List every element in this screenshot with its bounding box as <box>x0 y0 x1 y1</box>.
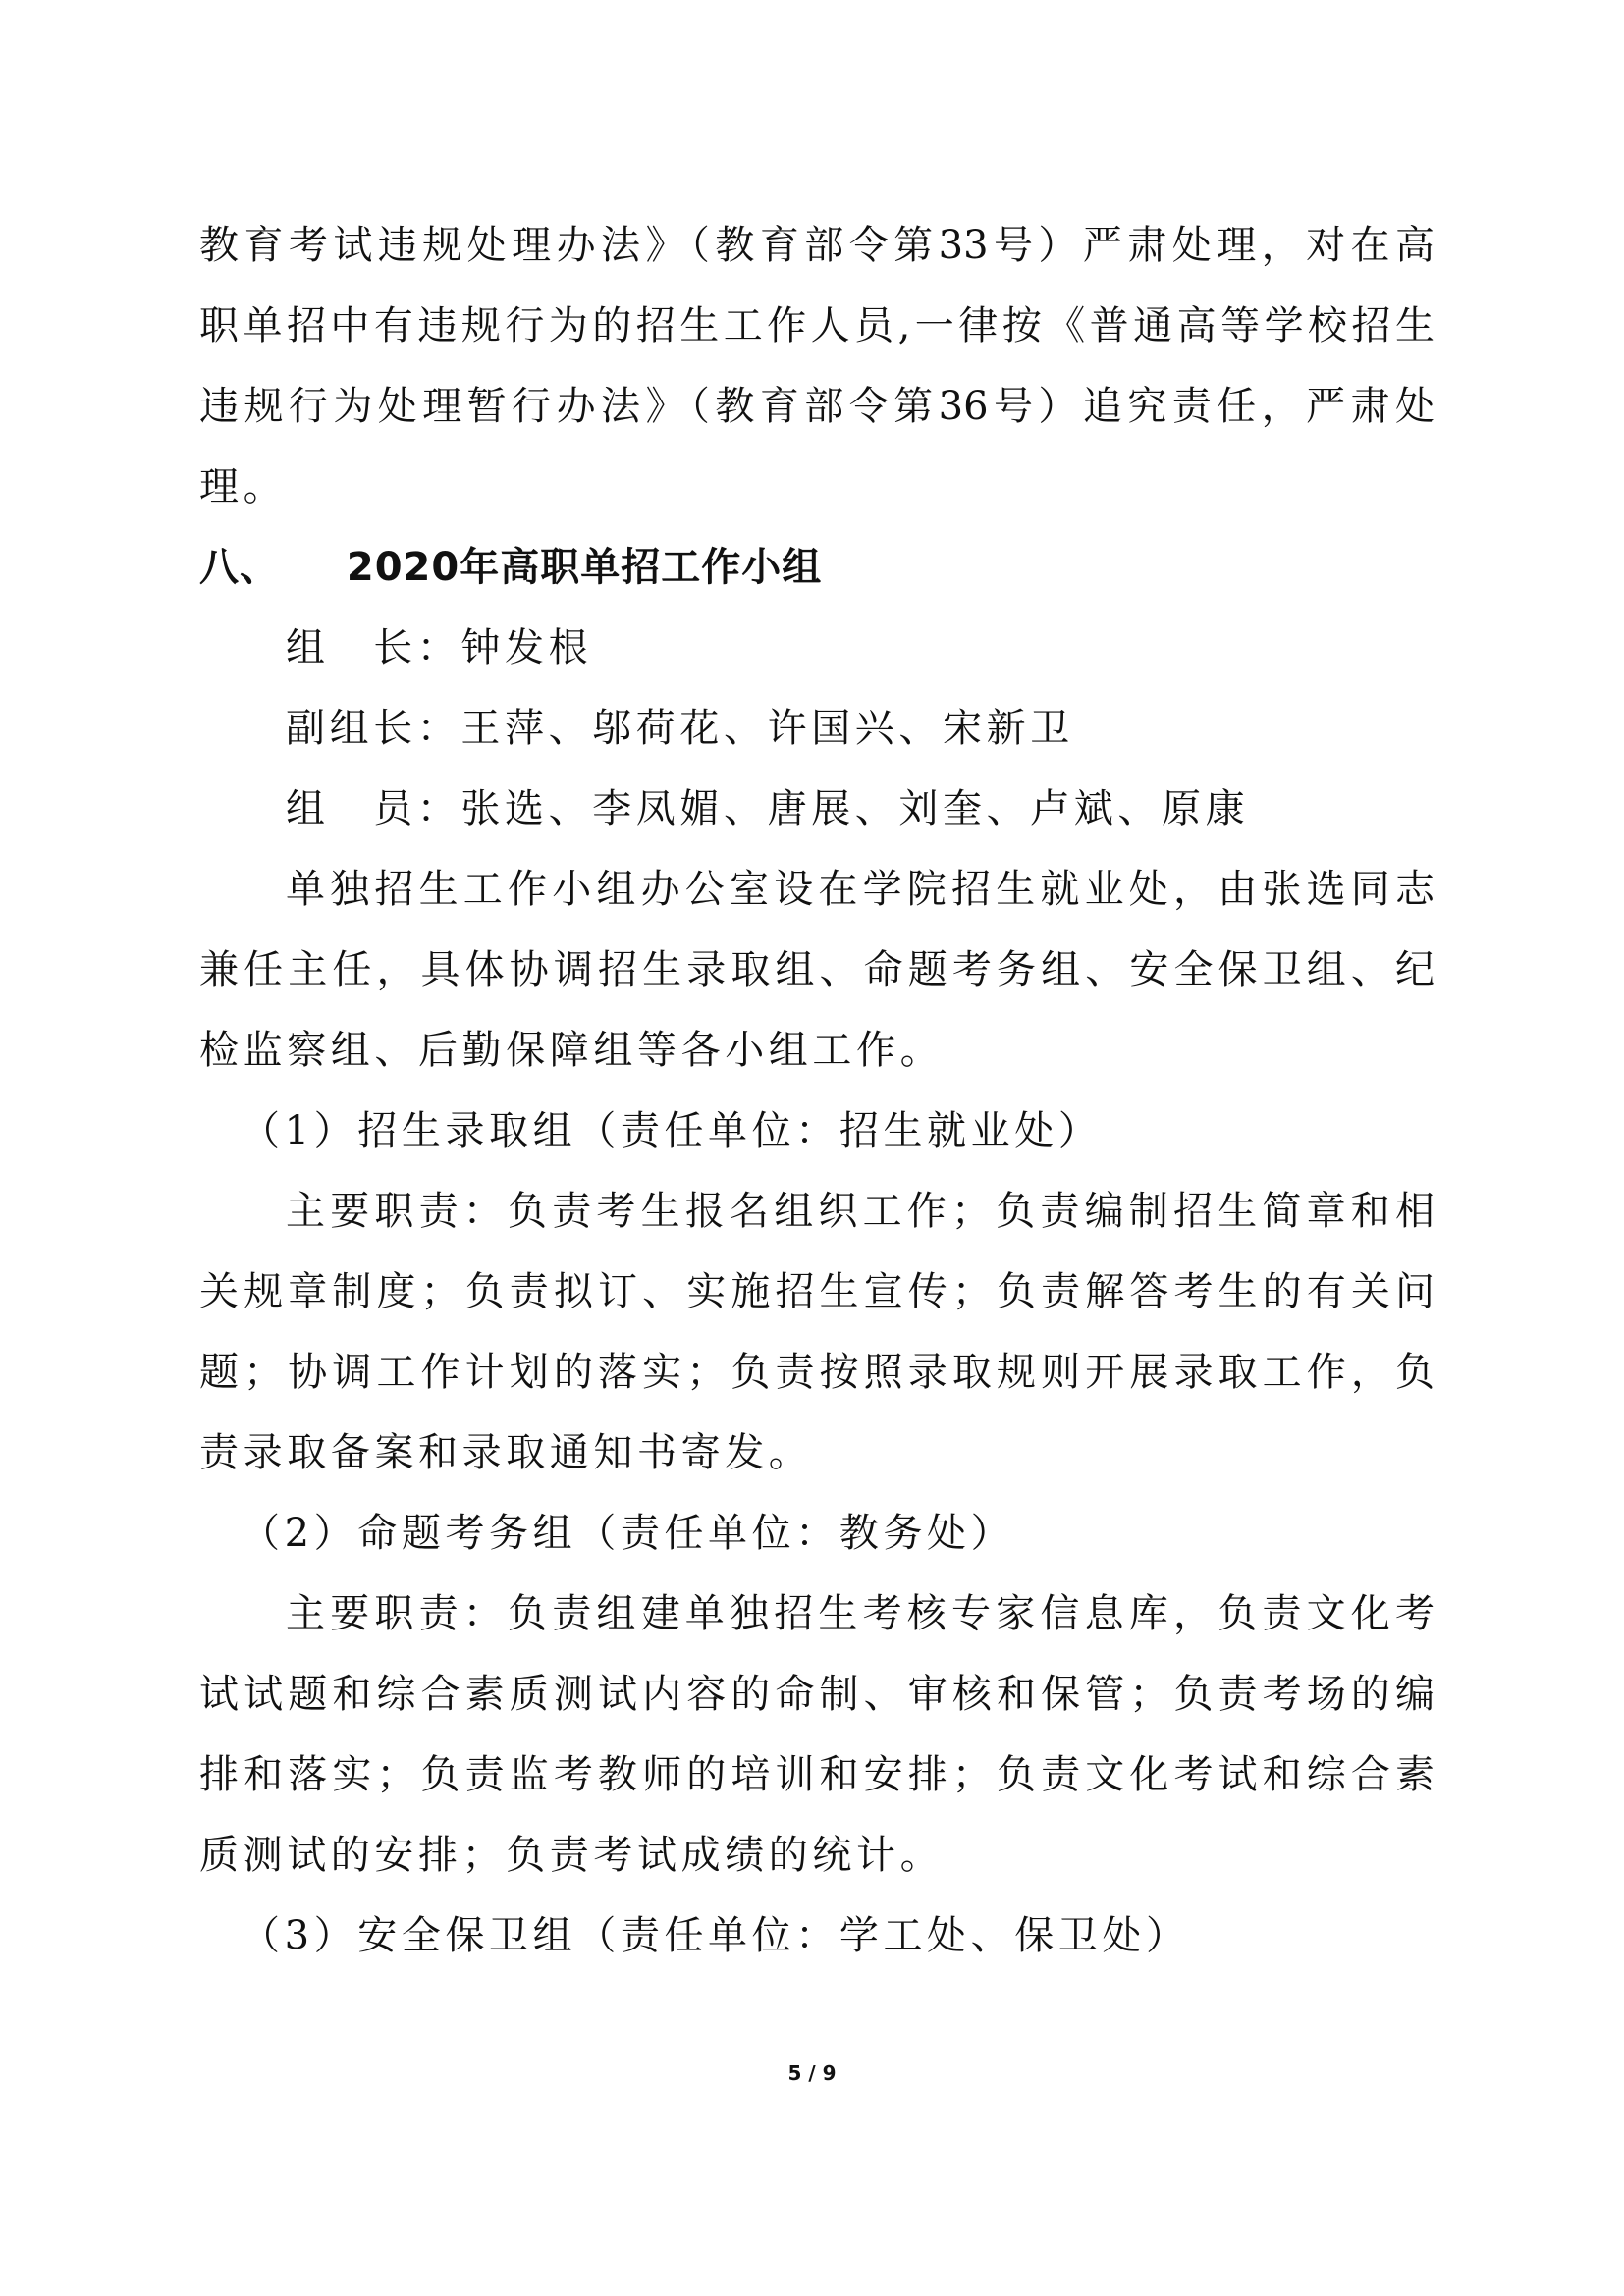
page-number: 5 / 9 <box>0 2061 1624 2085</box>
group-1-duties-line-3: 题；协调工作计划的落实；负责按照录取规则开展录取工作，负 <box>199 1345 1435 1400</box>
section-title: 2020年高职单招工作小组 <box>347 545 822 590</box>
office-paragraph-line-1: 单独招生工作小组办公室设在学院招生就业处，由张选同志 <box>286 862 1435 917</box>
group-members: 组 员：张选、李凤媚、唐展、刘奎、卢斌、原康 <box>286 781 1435 836</box>
group-3-title: （3）安全保卫组（责任单位：学工处、保卫处） <box>241 1908 1476 1963</box>
group-1-duties-line-4: 责录取备案和录取通知书寄发。 <box>199 1425 1435 1480</box>
paragraph-1-line-2: 职单招中有违规行为的招生工作人员,一律按《普通高等学校招生 <box>199 298 1435 353</box>
document-page: 教育考试违规处理办法》（教育部令第33号）严肃处理，对在高 职单招中有违规行为的… <box>0 0 1624 2296</box>
office-paragraph-line-2: 兼任主任，具体协调招生录取组、命题考务组、安全保卫组、纪 <box>199 942 1435 997</box>
paragraph-1-line-4: 理。 <box>199 459 1435 514</box>
deputy-leaders: 副组长：王萍、邬荷花、许国兴、宋新卫 <box>286 701 1435 756</box>
group-2-title: （2）命题考务组（责任单位：教务处） <box>241 1506 1476 1561</box>
group-1-duties-line-1: 主要职责：负责考生报名组织工作；负责编制招生简章和相 <box>286 1184 1435 1239</box>
group-2-duties-line-2: 试试题和综合素质测试内容的命制、审核和保管；负责考场的编 <box>199 1667 1435 1722</box>
office-paragraph-line-3: 检监察组、后勤保障组等各小组工作。 <box>199 1023 1435 1078</box>
group-leader: 组 长：钟发根 <box>286 620 1435 675</box>
group-2-duties-line-4: 质测试的安排；负责考试成绩的统计。 <box>199 1828 1435 1883</box>
group-1-duties-line-2: 关规章制度；负责拟订、实施招生宣传；负责解答考生的有关问 <box>199 1264 1435 1319</box>
section-number: 八、 <box>199 545 280 590</box>
paragraph-1-line-3: 违规行为处理暂行办法》（教育部令第36号）追究责任，严肃处 <box>199 379 1435 434</box>
paragraph-1-line-1: 教育考试违规处理办法》（教育部令第33号）严肃处理，对在高 <box>199 218 1435 273</box>
group-2-duties-line-1: 主要职责：负责组建单独招生考核专家信息库，负责文化考 <box>286 1586 1435 1641</box>
group-2-duties-line-3: 排和落实；负责监考教师的培训和安排；负责文化考试和综合素 <box>199 1747 1435 1802</box>
group-1-title: （1）招生录取组（责任单位：招生就业处） <box>241 1103 1476 1158</box>
section-heading: 八、 2020年高职单招工作小组 <box>199 540 1435 595</box>
